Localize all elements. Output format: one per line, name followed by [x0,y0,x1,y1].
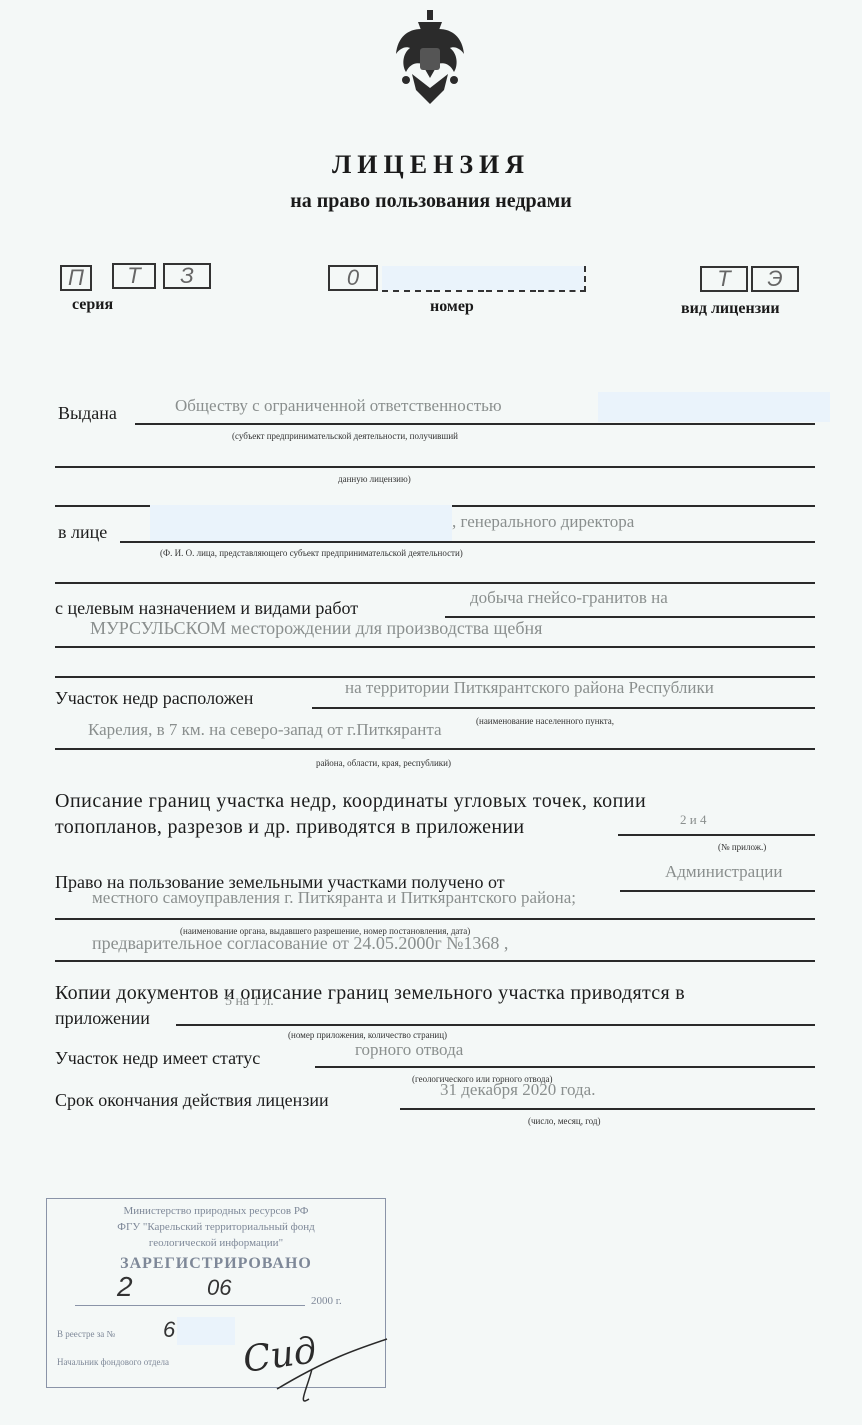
issued-to-hint-1: (субъект предпринимательской деятельност… [232,431,458,441]
series-char-2: Т [112,263,156,289]
land-docs-label-2: приложении [55,1008,150,1029]
type-char-1: Т [700,266,748,292]
land-rights-line-1 [620,890,815,892]
purpose-line-2 [55,646,815,648]
redacted-director-name [150,505,452,541]
expiry-hint: (число, месяц, год) [528,1116,600,1126]
represented-by-value: , генерального директора [452,512,634,532]
issued-to-value: Обществу с ограниченной ответственностью [175,396,502,416]
stamp-year: 2000 г. [311,1295,342,1307]
issued-to-line-2 [55,466,815,468]
expiry-value: 31 декабря 2020 года. [440,1080,595,1100]
purpose-value-2: МУРСУЛЬСКОМ месторождении для производст… [90,618,542,639]
land-docs-hint: (номер приложения, количество страниц) [288,1030,447,1040]
land-docs-line [176,1024,815,1026]
redacted-registry-number [177,1317,235,1345]
coat-of-arms-emblem [392,8,468,108]
type-char-2: Э [751,266,799,292]
boundaries-line [618,834,815,836]
status-line [315,1066,815,1068]
stamp-title: ЗАРЕГИСТРИРОВАНО [47,1255,385,1273]
series-char-3: З [163,263,211,289]
expiry-label: Срок окончания действия лицензии [55,1090,329,1111]
signature-stroke [237,1329,397,1409]
boundaries-label-1: Описание границ участка недр, координаты… [55,790,646,813]
stamp-month: 06 [207,1275,231,1301]
boundaries-label-2: топопланов, разрезов и др. приводятся в … [55,816,524,839]
series-label: серия [72,296,113,314]
boundaries-value: 2 и 4 [680,812,706,828]
expiry-line [400,1108,815,1110]
stamp-line-1: Министерство природных ресурсов РФ [47,1205,385,1217]
redacted-number [382,266,584,290]
series-char-1: П [60,265,92,291]
location-hint-2: района, области, края, республики) [316,758,451,768]
land-rights-line-3 [55,960,815,962]
land-docs-value: 5 на 1 л. [225,994,274,1010]
redacted-company-name [598,392,830,422]
location-value-1: на территории Питкярантского района Респ… [345,678,714,698]
stamp-head-label: Начальник фондового отдела [57,1357,169,1367]
land-rights-value-1: Администрации [665,862,783,882]
represented-by-label: в лице [58,522,107,543]
land-rights-value-2: местного самоуправления г. Питкяранта и … [92,888,576,908]
purpose-value-1: добыча гнейсо-гранитов на [470,588,668,608]
location-hint-1: (наименование населенного пункта, [476,716,614,726]
location-line-2 [55,748,815,750]
location-value-2: Карелия, в 7 км. на северо-запад от г.Пи… [88,720,442,740]
stamp-line-2: ФГУ "Карельский территориальный фонд [47,1221,385,1233]
location-line-1 [312,707,815,709]
purpose-line-top [55,582,815,584]
type-label: вид лицензии [681,300,780,318]
land-rights-line-2 [55,918,815,920]
stamp-day: 2 [117,1271,133,1303]
document-subtitle: на право пользования недрами [0,190,862,213]
stamp-registry-value: 6 [163,1317,175,1343]
issued-to-label: Выдана [58,403,117,424]
stamp-date-line [75,1305,305,1306]
registration-stamp: Министерство природных ресурсов РФ ФГУ "… [46,1198,386,1388]
boundaries-hint: (№ прилож.) [718,842,766,852]
status-value: горного отвода [355,1040,463,1060]
represented-by-hint: (Ф. И. О. лица, представляющего субъект … [160,548,463,558]
issued-to-line [135,423,815,425]
represented-by-line [120,541,815,543]
stamp-registry-label: В реестре за № [57,1329,115,1339]
land-docs-label-1: Копии документов и описание границ земел… [55,982,685,1005]
stamp-line-3: геологической информации" [47,1237,385,1249]
location-label: Участок недр расположен [55,688,253,709]
issued-to-hint-2: данную лицензию) [338,474,411,484]
number-label: номер [430,298,474,316]
document-title: ЛИЦЕНЗИЯ [0,150,862,180]
status-label: Участок недр имеет статус [55,1048,260,1069]
number-char-1: 0 [328,265,378,291]
purpose-label: с целевым назначением и видами работ [55,598,358,619]
land-rights-value-3: предварительное согласование от 24.05.20… [92,933,508,954]
